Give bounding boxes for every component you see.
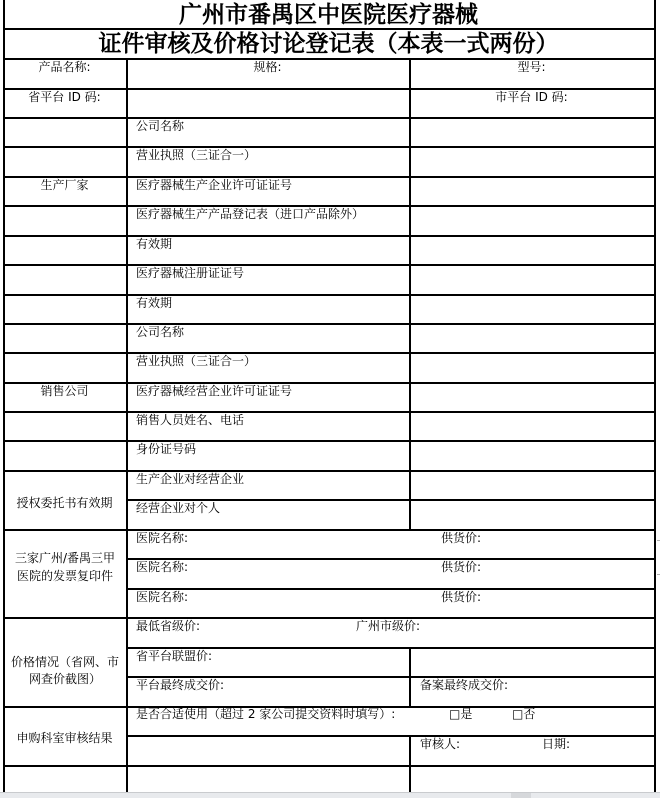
product-name-label: 产品名称: xyxy=(3,60,126,74)
rule xyxy=(3,117,655,119)
col-divider xyxy=(409,735,411,792)
form-title-line2: 证件审核及价格讨论登记表（本表一式两份） xyxy=(3,30,654,58)
rule xyxy=(3,470,655,472)
manufacturer-group-label: 生产厂家 xyxy=(3,178,126,192)
lowest-province-price-label: 最低省级价: xyxy=(136,619,200,633)
rule xyxy=(3,235,655,237)
option-yes-checkbox[interactable]: □是 xyxy=(449,707,472,721)
guangzhou-city-price-label: 广州市级价: xyxy=(356,619,420,633)
manufacturer-item: 有效期 xyxy=(136,296,172,310)
review-group-label: 申购科室审核结果 xyxy=(3,731,126,745)
hospital-name-label: 医院名称: xyxy=(136,560,188,574)
spec-label: 规格: xyxy=(126,60,409,74)
model-label: 型号: xyxy=(409,60,654,74)
sales-company-item: 营业执照（三证合一） xyxy=(136,354,256,368)
manufacturer-item: 医疗器械注册证证号 xyxy=(136,266,244,280)
reviewer-label: 审核人: xyxy=(420,737,460,751)
sales-company-item: 销售人员姓名、电话 xyxy=(136,413,244,427)
rule xyxy=(3,529,655,531)
hospital-name-label: 医院名称: xyxy=(136,590,188,604)
sales-company-item: 身份证号码 xyxy=(136,442,196,456)
right-border xyxy=(654,0,656,792)
hospital-name-label: 医院名称: xyxy=(136,531,188,545)
rule xyxy=(126,558,655,560)
supply-price-label: 供货价: xyxy=(441,590,481,604)
pricing-group-label: 价格情况（省网、市网查价截图） xyxy=(10,654,120,688)
supply-price-label: 供货价: xyxy=(441,560,481,574)
rule xyxy=(126,735,655,737)
suitable-use-label: 是否合适使用（超过 2 家公司提交资料时填写）: xyxy=(136,707,395,721)
date-label: 日期: xyxy=(542,737,570,751)
rule xyxy=(3,411,655,413)
manufacturer-item: 有效期 xyxy=(136,237,172,251)
invoices-group-label: 三家广州/番禺三甲医院的发票复印件 xyxy=(10,549,120,585)
province-alliance-price-label: 省平台联盟价: xyxy=(136,649,212,663)
manufacturer-item: 医疗器械生产企业许可证证号 xyxy=(136,178,292,192)
rule xyxy=(3,28,655,30)
platform-final-price-label: 平台最终成交价: xyxy=(136,678,224,692)
rule xyxy=(126,588,655,590)
manufacturer-item: 营业执照（三证合一） xyxy=(136,148,256,162)
col-divider xyxy=(409,58,411,529)
authorization-group-label: 授权委托书有效期 xyxy=(3,496,126,510)
rule xyxy=(3,617,655,619)
registration-form: 广州市番禺区中医院医疗器械 证件审核及价格讨论登记表（本表一式两份） 产品名称:… xyxy=(0,0,660,798)
authorization-item: 经营企业对个人 xyxy=(136,501,220,515)
manufacturer-item: 公司名称 xyxy=(136,119,184,133)
toolbar-button[interactable] xyxy=(511,793,531,798)
rule xyxy=(3,440,655,442)
rule xyxy=(3,323,655,325)
filing-final-price-label: 备案最终成交价: xyxy=(420,678,508,692)
sales-company-item: 医疗器械经营企业许可证证号 xyxy=(136,384,292,398)
sales-company-item: 公司名称 xyxy=(136,325,184,339)
rule xyxy=(3,765,655,767)
rule xyxy=(3,264,655,266)
col-divider xyxy=(126,58,128,792)
option-no-checkbox[interactable]: □否 xyxy=(512,707,535,721)
bottom-toolbar xyxy=(0,792,660,798)
supply-price-label: 供货价: xyxy=(441,531,481,545)
province-id-label: 省平台 ID 码: xyxy=(3,90,126,104)
manufacturer-item: 医疗器械生产产品登记表（进口产品除外） xyxy=(136,207,364,221)
rule xyxy=(3,146,655,148)
sales-company-group-label: 销售公司 xyxy=(3,384,126,398)
col-divider xyxy=(409,647,411,706)
form-title-line1: 广州市番禺区中医院医疗器械 xyxy=(3,1,654,29)
rule xyxy=(3,352,655,354)
authorization-item: 生产企业对经营企业 xyxy=(136,472,244,486)
rule xyxy=(3,294,655,296)
city-id-label: 市平台 ID 码: xyxy=(409,90,654,104)
